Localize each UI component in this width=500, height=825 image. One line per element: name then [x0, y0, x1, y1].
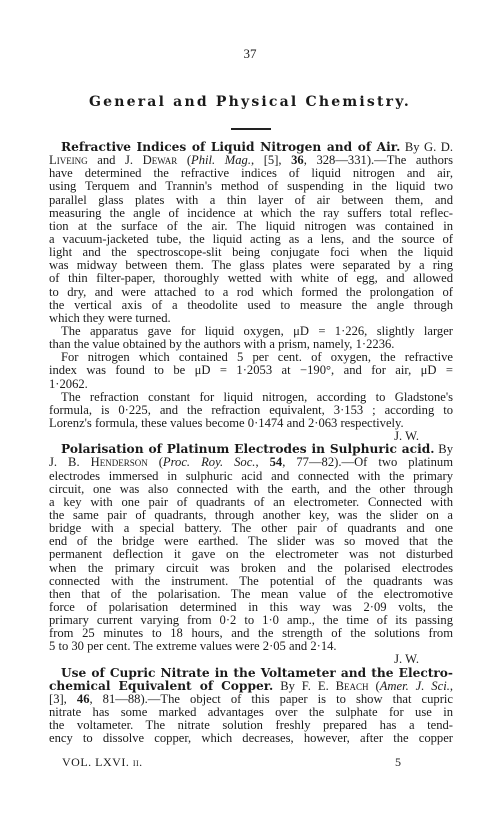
text-line: circuit, one was also connected with the…: [49, 483, 453, 496]
page-footer: VOL. LXVI. ii. 5: [62, 755, 422, 770]
text-line: to dry, and were attached to a rod which…: [49, 286, 453, 299]
text-line: the vertical axis of a theodolite used t…: [49, 299, 453, 312]
article-3-heading-cont: chemical Equivalent of Copper. By F. E. …: [49, 680, 453, 693]
text-line: permanent deflection it gave on the elec…: [49, 548, 453, 561]
text-line: 1·2062.: [49, 378, 453, 391]
text-line: a key with one pair of quadrants of an e…: [49, 496, 453, 509]
page-number: 37: [0, 46, 500, 62]
section-title: General and Physical Chemistry.: [0, 94, 500, 110]
text-line: of thin filter-paper, thoroughly wetted …: [49, 272, 453, 285]
text-line: which they were turned.: [49, 312, 453, 325]
text-line: 5 to 30 per cent. The extreme values wer…: [49, 640, 453, 653]
text-line: tion at the surface of the air. The liqu…: [49, 220, 453, 233]
title-rule: [231, 128, 271, 130]
text-line: electrodes immersed in sulphuric acid an…: [49, 470, 453, 483]
article-3-title-line1: Use of Cupric Nitrate in the Voltameter …: [61, 666, 453, 680]
text-line: Lorenz's formula, these values become 0·…: [49, 417, 453, 430]
article-body: Refractive Indices of Liquid Nitrogen an…: [49, 141, 453, 745]
text-line: formula, is 0·225, and the refraction eq…: [49, 404, 453, 417]
text-line: parallel glass plates with a thin layer …: [49, 194, 453, 207]
signature-mark: 5: [395, 755, 401, 770]
volume-label: VOL. LXVI. ii.: [62, 755, 143, 769]
article-1-byline: By G. D.: [405, 140, 453, 154]
text-line: connected with the instrument. The poten…: [49, 575, 453, 588]
text-line: then that of the polarisation. The mean …: [49, 588, 453, 601]
article-1-title: Refractive Indices of Liquid Nitrogen an…: [61, 140, 400, 154]
text-line: measuring the angle of incidence at whic…: [49, 207, 453, 220]
text-line: when the primary circuit was broken and …: [49, 562, 453, 575]
article-3-title-line2: chemical Equivalent of Copper.: [49, 679, 273, 693]
text-line: index was found to be μD = 1·2053 at −19…: [49, 364, 453, 377]
article-2-title: Polarisation of Platinum Electrodes in S…: [61, 442, 434, 456]
text-line: J. B. Henderson (Proc. Roy. Soc., 54, 77…: [49, 456, 453, 469]
article-2-byline: By: [438, 442, 453, 456]
text-line: using Terquem and Trannin's method of su…: [49, 180, 453, 193]
text-line: The refraction constant for liquid nitro…: [49, 391, 453, 404]
text-line: ency to dissolve copper, which decreases…: [49, 732, 453, 745]
